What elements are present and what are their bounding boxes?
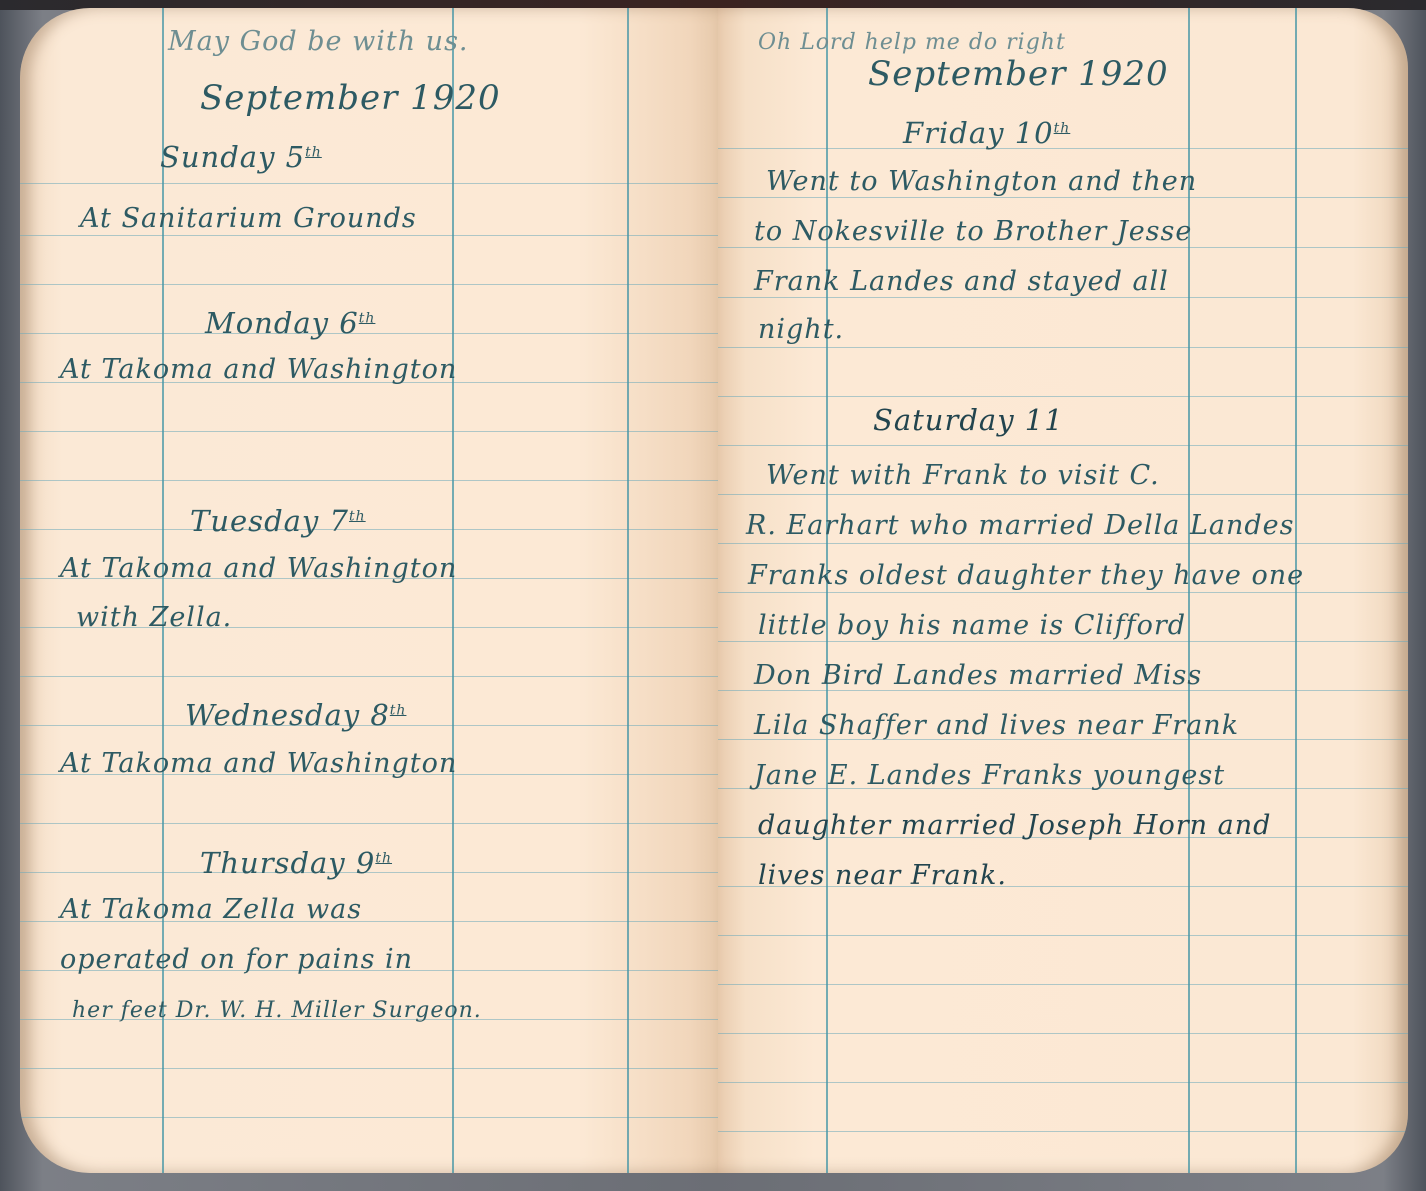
- day-heading: Sunday 5th: [160, 140, 322, 174]
- rule-line: [718, 592, 1408, 593]
- entry-line: her feet Dr. W. H. Miller Surgeon.: [72, 998, 482, 1023]
- rule-line: [718, 935, 1408, 936]
- entry-line: to Nokesville to Brother Jesse: [754, 216, 1192, 247]
- rule-line: [718, 494, 1408, 495]
- entry-line: Went to Washington and then: [766, 166, 1197, 197]
- entry-line: operated on for pains in: [60, 944, 413, 975]
- day-heading: Wednesday 8th: [185, 698, 406, 732]
- entry-line: At Takoma and Washington: [60, 748, 457, 779]
- rule-line: [718, 1033, 1408, 1034]
- entry-line: Lila Shaffer and lives near Frank: [754, 710, 1239, 741]
- rule-line: [718, 1082, 1408, 1083]
- right-page: Oh Lord help me do right September 1920 …: [718, 8, 1408, 1173]
- entry-line: Don Bird Landes married Miss: [754, 660, 1202, 691]
- day-heading: Monday 6th: [205, 306, 375, 340]
- day-heading: Saturday 11: [873, 403, 1064, 437]
- entry-line: At Takoma and Washington: [60, 354, 457, 385]
- rule-line: [718, 445, 1408, 446]
- left-page: May God be with us. September 1920 Sunda…: [20, 8, 718, 1173]
- rule-line: [718, 641, 1408, 642]
- entry-line: At Takoma Zella was: [60, 894, 362, 925]
- motto: May God be with us.: [168, 26, 469, 57]
- rule-line: [718, 247, 1408, 248]
- rule-line: [20, 235, 718, 236]
- rule-line: [20, 676, 718, 677]
- entry-line: Franks oldest daughter they have one: [748, 560, 1304, 591]
- day-heading: Tuesday 7th: [190, 504, 366, 538]
- rule-line: [20, 284, 718, 285]
- rule-line: [718, 297, 1408, 298]
- entry-line: night.: [758, 314, 844, 345]
- day-heading: Thursday 9th: [200, 846, 392, 880]
- entry-line: with Zella.: [76, 602, 232, 633]
- entry-line: lives near Frank.: [758, 860, 1007, 891]
- entry-line: At Takoma and Washington: [60, 553, 457, 584]
- entry-line: R. Earhart who married Della Landes: [746, 510, 1294, 541]
- entry-line: little boy his name is Clifford: [758, 610, 1186, 641]
- motto: Oh Lord help me do right: [758, 30, 1066, 55]
- rule-line: [20, 823, 718, 824]
- entry-line: Went with Frank to visit C.: [766, 460, 1160, 491]
- rule-line: [718, 347, 1408, 348]
- rule-line: [718, 197, 1408, 198]
- rule-line: [20, 529, 718, 530]
- rule-line: [20, 183, 718, 184]
- rule-line: [20, 1117, 718, 1118]
- day-heading: Friday 10th: [903, 116, 1070, 150]
- rule-line: [718, 1131, 1408, 1132]
- rule-line: [20, 480, 718, 481]
- rule-line: [20, 1068, 718, 1069]
- entry-line: At Sanitarium Grounds: [80, 203, 417, 234]
- rule-line: [20, 431, 718, 432]
- rule-line: [718, 984, 1408, 985]
- entry-line: daughter married Joseph Horn and: [758, 810, 1271, 841]
- column-rule: [627, 8, 629, 1173]
- rule-line: [718, 396, 1408, 397]
- month-heading: September 1920: [868, 54, 1169, 94]
- entry-line: Jane E. Landes Franks youngest: [754, 760, 1225, 791]
- rule-line: [718, 543, 1408, 544]
- entry-line: Frank Landes and stayed all: [754, 266, 1169, 297]
- month-heading: September 1920: [200, 78, 501, 118]
